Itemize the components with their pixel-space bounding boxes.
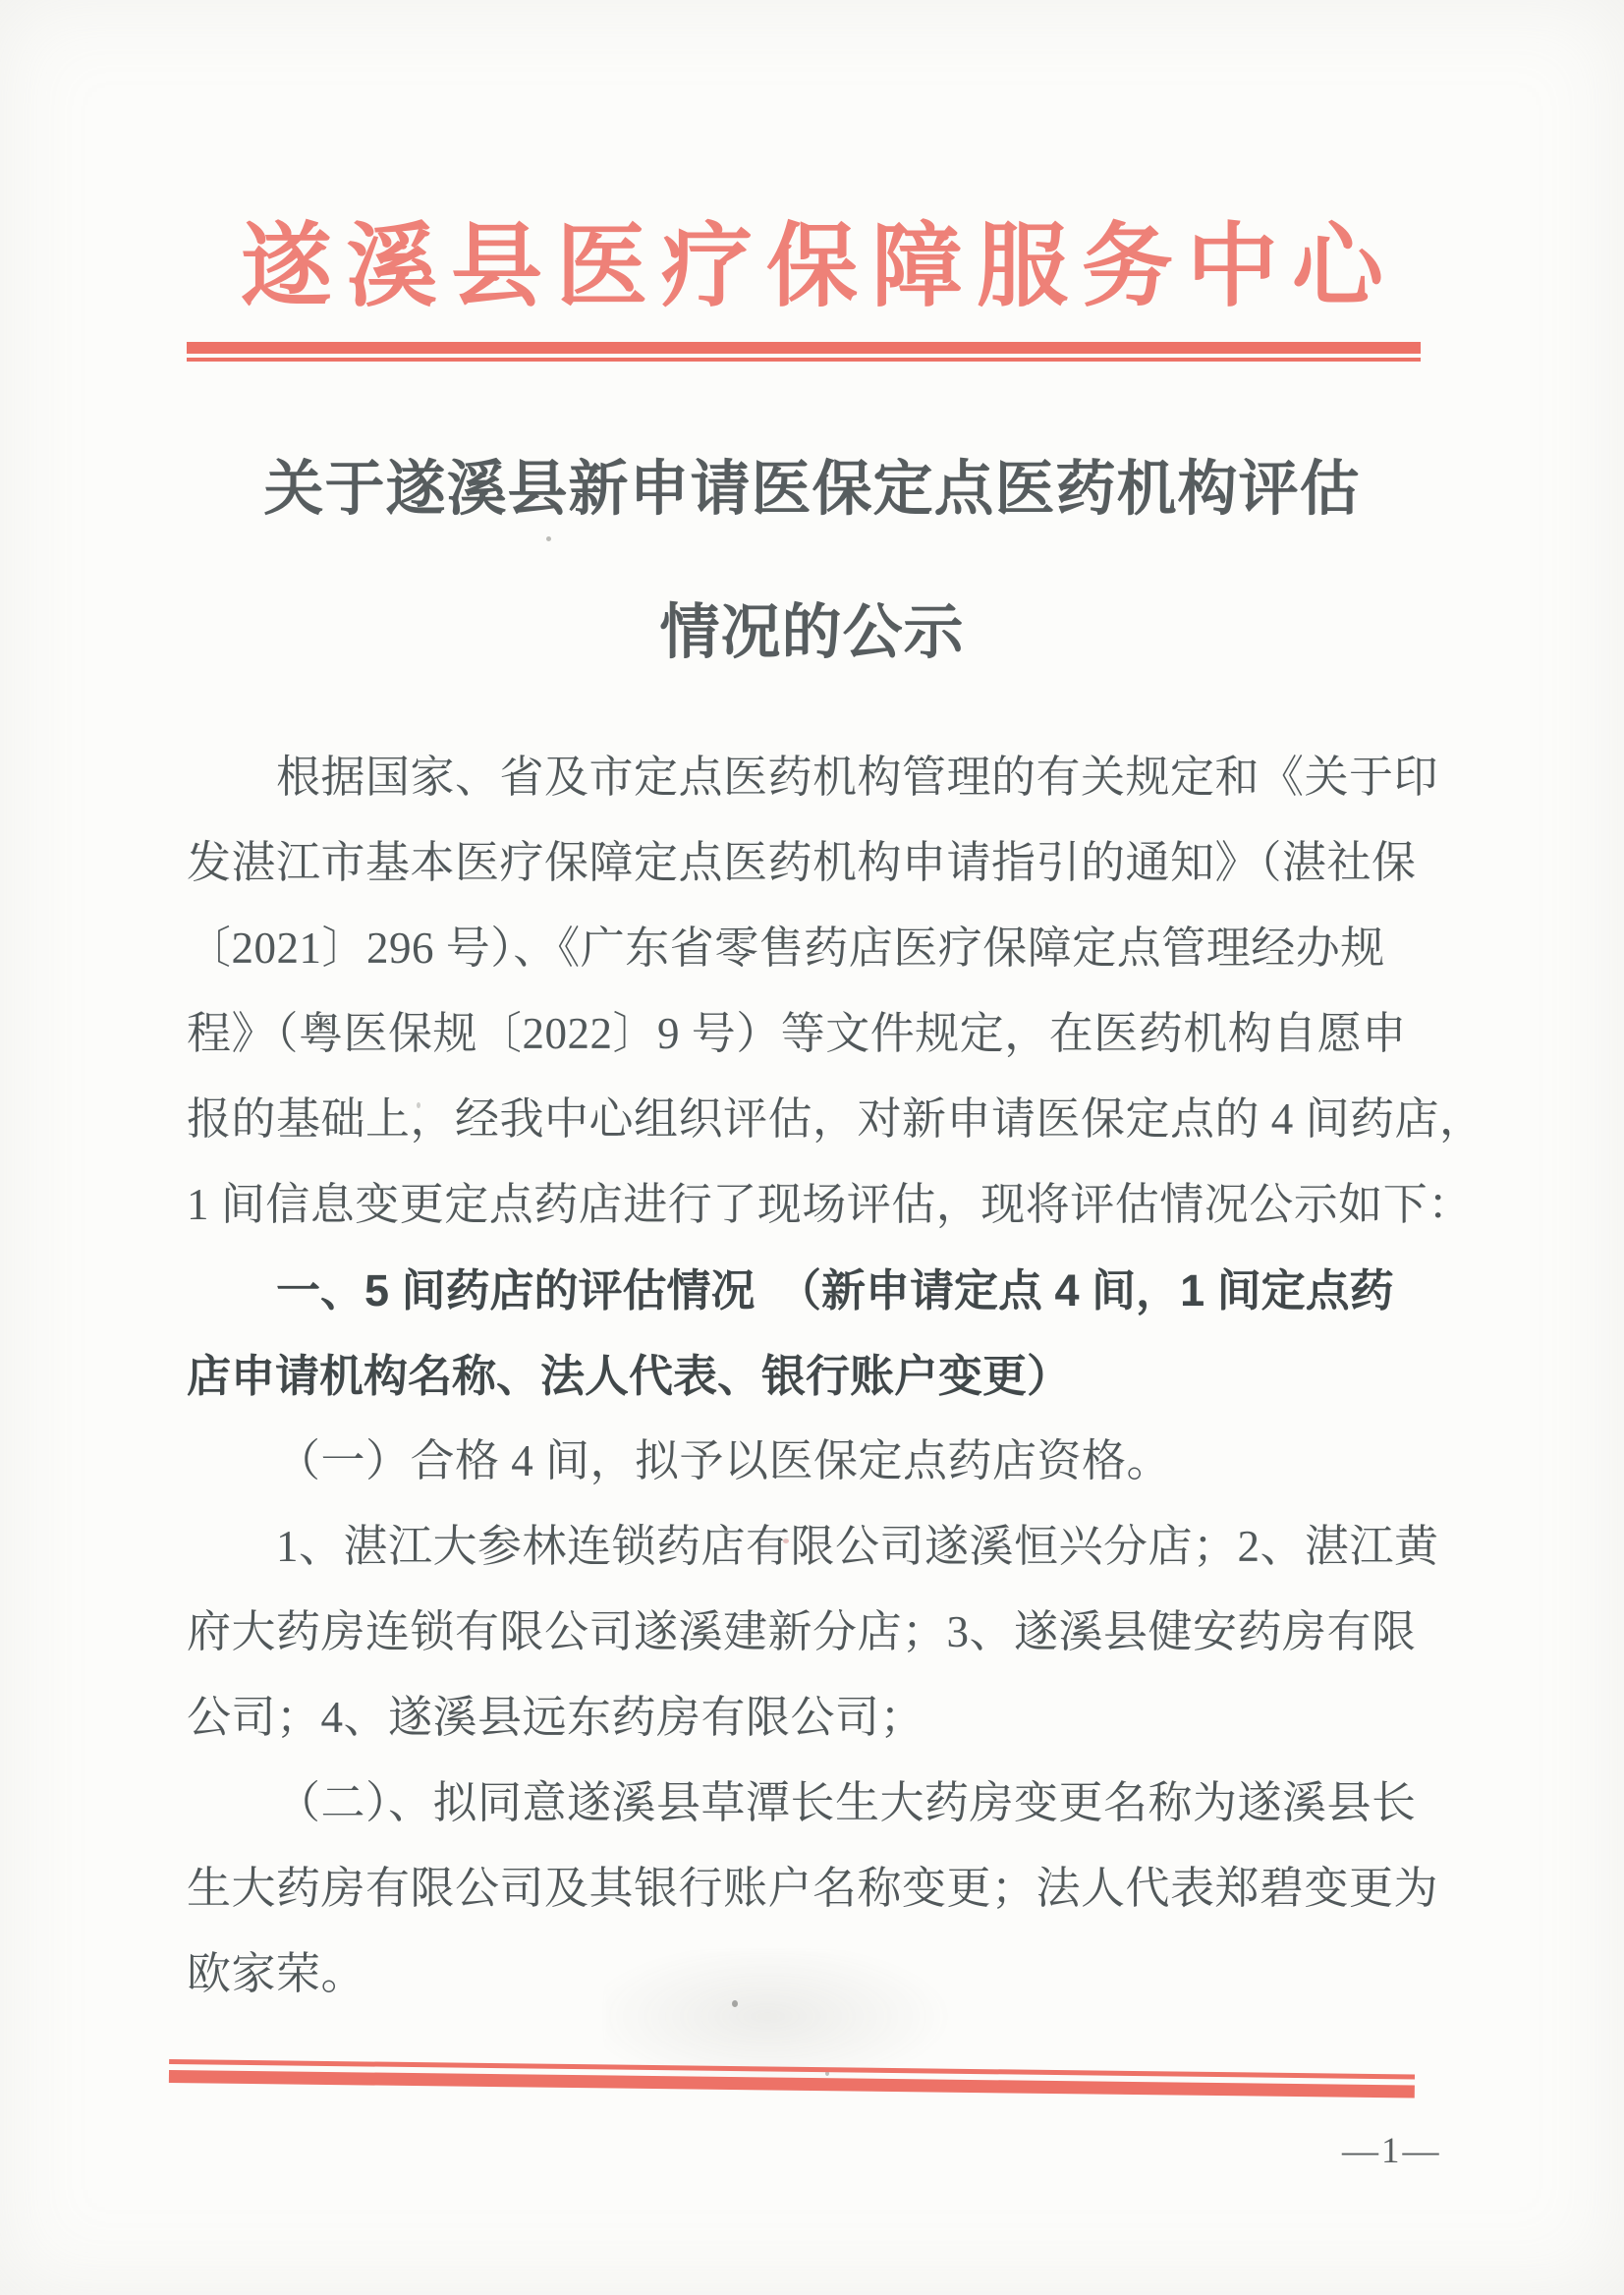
body-line: 程》（粤医保规〔2022〕9 号）等文件规定，在医药机构自愿申	[187, 991, 1454, 1077]
red-separator-top-thick-line	[187, 342, 1421, 354]
red-separator-bottom	[169, 2059, 1415, 2098]
body-line: 欧家荣。	[187, 1931, 1454, 2017]
document-title-line2: 情况的公示	[0, 562, 1624, 705]
body-line: 公司；4、遂溪县远东药房有限公司；	[187, 1675, 1454, 1761]
page-number: —1—	[1342, 2130, 1442, 2172]
body-line: 〔2021〕296 号）、《广东省零售药店医疗保障定点管理经办规	[187, 906, 1454, 991]
body-line: 1 间信息变更定点药店进行了现场评估，现将评估情况公示如下：	[187, 1162, 1454, 1248]
body-heading-line: 一、5 间药店的评估情况 （新申请定点 4 间，1 间定点药	[187, 1248, 1454, 1333]
body-line: 生大药房有限公司及其银行账户名称变更；法人代表郑碧变更为	[187, 1846, 1454, 1931]
body-line: （二）、拟同意遂溪县草潭长生大药房变更名称为遂溪县长	[187, 1761, 1454, 1846]
letterhead-title: 遂溪县医疗保障服务中心	[0, 193, 1624, 324]
document-title: 关于遂溪县新申请医保定点医药机构评估 情况的公示	[0, 419, 1624, 705]
red-separator-top-thin-line	[187, 358, 1421, 362]
body-line: 府大药房连锁有限公司遂溪建新分店；3、遂溪县健安药房有限	[187, 1590, 1454, 1675]
document-title-line1: 关于遂溪县新申请医保定点医药机构评估	[0, 419, 1624, 562]
body-line: 报的基础上，经我中心组织评估，对新申请医保定点的 4 间药店，	[187, 1077, 1454, 1162]
red-separator-top	[187, 342, 1421, 362]
body-line: 1、湛江大参林连锁药店有限公司遂溪恒兴分店；2、湛江黄	[187, 1504, 1454, 1590]
body-heading-line: 店申请机构名称、法人代表、银行账户变更）	[187, 1333, 1454, 1419]
body-line: （一）合格 4 间，拟予以医保定点药店资格。	[187, 1419, 1454, 1504]
body-line: 根据国家、省及市定点医药机构管理的有关规定和《关于印	[187, 735, 1454, 820]
body-line: 发湛江市基本医疗保障定点医药机构申请指引的通知》（湛社保	[187, 820, 1454, 906]
document-body: 根据国家、省及市定点医药机构管理的有关规定和《关于印发湛江市基本医疗保障定点医药…	[187, 735, 1454, 2017]
document-page: 遂溪县医疗保障服务中心 关于遂溪县新申请医保定点医药机构评估 情况的公示 根据国…	[0, 0, 1624, 2295]
